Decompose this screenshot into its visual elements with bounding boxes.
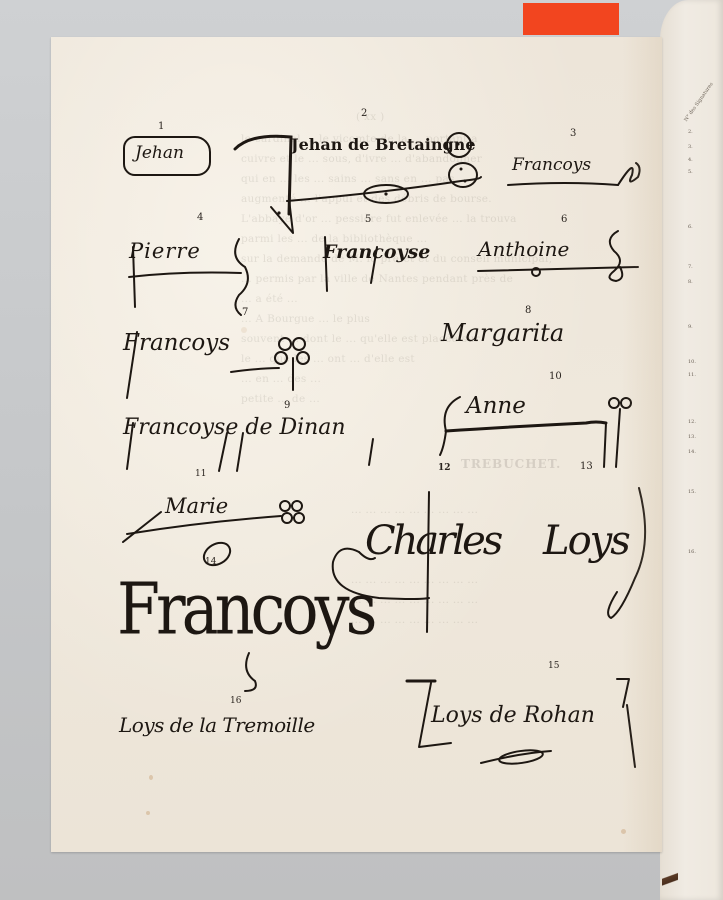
signature-text: Francoys [117, 567, 373, 651]
signature-text: Margarita [441, 319, 564, 347]
index-entry: 8. [688, 280, 693, 285]
index-entry: 3. [688, 145, 693, 150]
index-entry: 12. [688, 420, 696, 425]
signature-1: Jehan [123, 136, 213, 178]
index-entry: 9. [688, 325, 693, 330]
signature-10: Anne [436, 387, 646, 477]
signature-16: Loys de la Tremoille [119, 711, 349, 761]
facing-page: N° des Signatures 2. 3. 4. 5. 6. 7. 8. 9… [660, 0, 723, 900]
index-entry: 11. [688, 373, 696, 378]
signature-text: Francoys [123, 330, 230, 356]
signature-number: 6 [561, 214, 567, 225]
signature-text: Francoyse [323, 241, 430, 263]
signature-text: Marie [165, 494, 228, 518]
signature-13: Loys [539, 482, 659, 642]
signature-text: Loys de la Tremoille [119, 713, 315, 737]
index-header: N° des Signatures [684, 82, 715, 123]
signature-6: Anthoine [476, 227, 646, 287]
signature-number: 1 [158, 121, 164, 132]
signature-15: Loys de Rohan [401, 677, 651, 777]
signature-number: 10 [549, 371, 562, 382]
signature-text: Anne [466, 393, 526, 419]
index-entry: 6. [688, 225, 693, 230]
signature-text: Jehan de Bretaingne [291, 135, 476, 154]
book-spine-edge [662, 860, 678, 900]
signature-number: 3 [570, 128, 576, 139]
book-page: ( xx ) le cardinal ... le vicomte de la … [51, 37, 662, 852]
signature-number: 16 [230, 696, 241, 706]
signature-number: 2 [361, 108, 367, 119]
signature-14: Francoys [117, 567, 297, 697]
signature-text: Francoyse de Dinan [123, 415, 346, 440]
signature-number: 15 [548, 661, 559, 671]
index-entry: 10. [688, 360, 696, 365]
signature-2: Jehan de Bretaingne [231, 129, 511, 239]
index-entry: 4. [688, 158, 693, 163]
signature-8: Margarita [441, 319, 641, 359]
signature-3: Francoys [506, 147, 646, 197]
foxing-stain [146, 811, 150, 815]
foxing-stain [149, 775, 153, 780]
index-entry: 15. [688, 490, 696, 495]
signature-text: Charles [365, 518, 500, 564]
signature-text: Anthoine [478, 237, 569, 261]
signature-number: 8 [525, 305, 531, 316]
signature-text: Pierre [129, 239, 201, 263]
index-entry: 14. [688, 450, 696, 455]
bookmark-tab [523, 3, 619, 35]
signature-4: Pierre [121, 227, 261, 317]
signature-text: Francoys [512, 155, 591, 175]
signature-5: Francoyse [319, 227, 429, 297]
index-entry: 13. [688, 435, 696, 440]
signature-7: Francoys [121, 322, 331, 402]
signature-text: Loys [543, 518, 629, 564]
signature-9: Francoyse de Dinan [123, 409, 403, 479]
foxing-stain [621, 829, 626, 834]
index-entry: 7. [688, 265, 693, 270]
index-entry: 2. [688, 130, 693, 135]
index-entry: 5. [688, 170, 693, 175]
signature-11: Marie [121, 482, 321, 572]
signature-text: Loys de Rohan [431, 703, 595, 728]
signature-text: Jehan [135, 143, 184, 163]
signature-number: 4 [197, 212, 203, 223]
index-entry: 16. [688, 550, 696, 555]
